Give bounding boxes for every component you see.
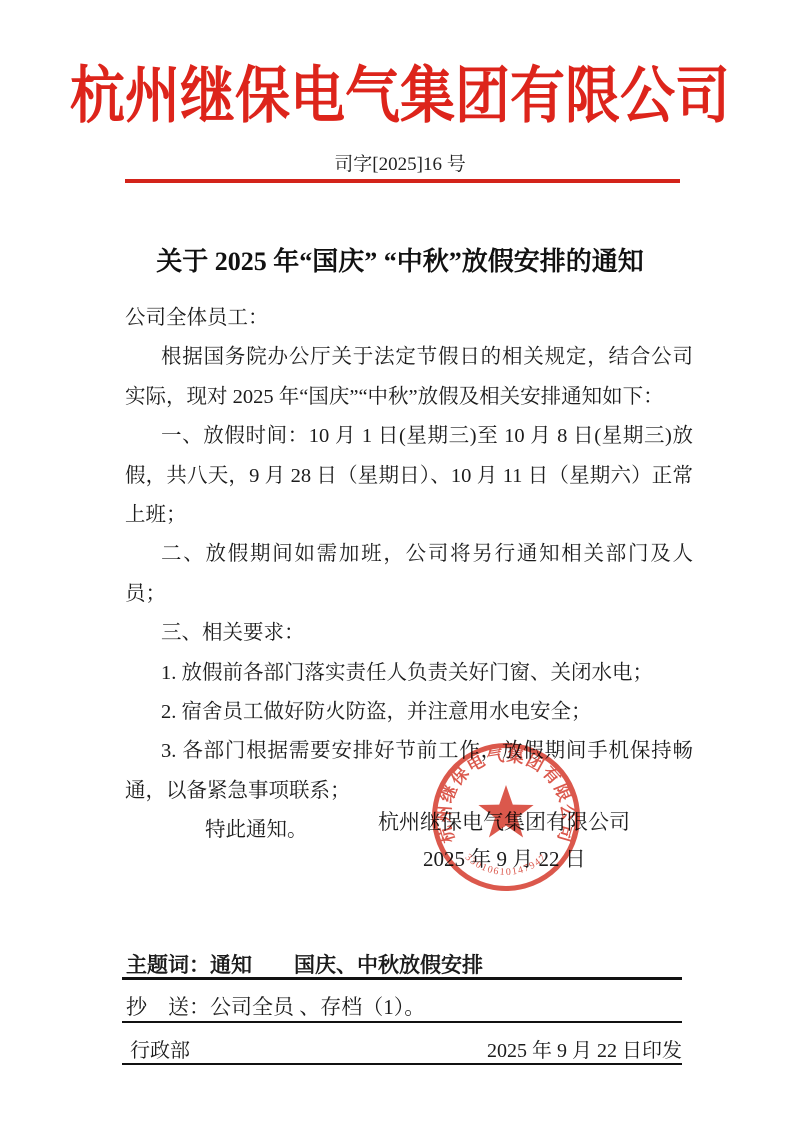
body-paragraph: 2. 宿舍员工做好防火防盗，并注意用水电安全；: [125, 693, 693, 732]
star-icon: [478, 785, 533, 838]
body-paragraph: 三、相关要求：: [125, 614, 693, 653]
issuing-department: 行政部: [130, 1034, 190, 1063]
document-page: 杭州继保电气集团有限公司 司字[2025]16 号 关于 2025 年“国庆” …: [0, 0, 800, 1131]
company-seal: 杭州继保电气集团有限公司 33010610147947: [428, 739, 584, 895]
salutation: 公司全体员工：: [125, 299, 693, 338]
body-paragraph: 二、放假期间如需加班，公司将另行通知相关部门及人员；: [125, 535, 693, 614]
body-paragraph: 3. 各部门根据需要安排好节前工作，放假期间手机保持畅通，以备紧急事项联系；: [125, 732, 693, 811]
body-paragraph: 1. 放假前各部门落实责任人负责关好门窗、关闭水电；: [125, 654, 693, 693]
doc-number: 司字[2025]16 号: [0, 149, 800, 176]
footer-separator-rule: [122, 1021, 682, 1023]
body-paragraph: 根据国务院办公厅关于法定节假日的相关规定，结合公司实际，现对 2025 年“国庆…: [125, 338, 693, 417]
cc-line: 抄 送：公司全员 、存档（1）。: [126, 991, 425, 1021]
subject-keywords-line: 主题词：通知 国庆、中秋放假安排: [126, 949, 483, 979]
letterhead-company-title: 杭州继保电气集团有限公司: [0, 46, 800, 134]
seal-number: 33010610147947: [463, 852, 549, 878]
footer-separator-rule: [122, 977, 682, 980]
footer-separator-rule: [122, 1063, 682, 1065]
body-paragraph: 一、放假时间：10 月 1 日(星期三)至 10 月 8 日(星期三)放假，共八…: [125, 417, 693, 535]
issue-date: 2025 年 9 月 22 日印发: [487, 1034, 682, 1063]
document-body: 公司全体员工： 根据国务院办公厅关于法定节假日的相关规定，结合公司实际，现对 2…: [125, 299, 693, 851]
document-title: 关于 2025 年“国庆” “中秋”放假安排的通知: [0, 241, 800, 278]
letterhead-separator-rule: [125, 179, 680, 183]
